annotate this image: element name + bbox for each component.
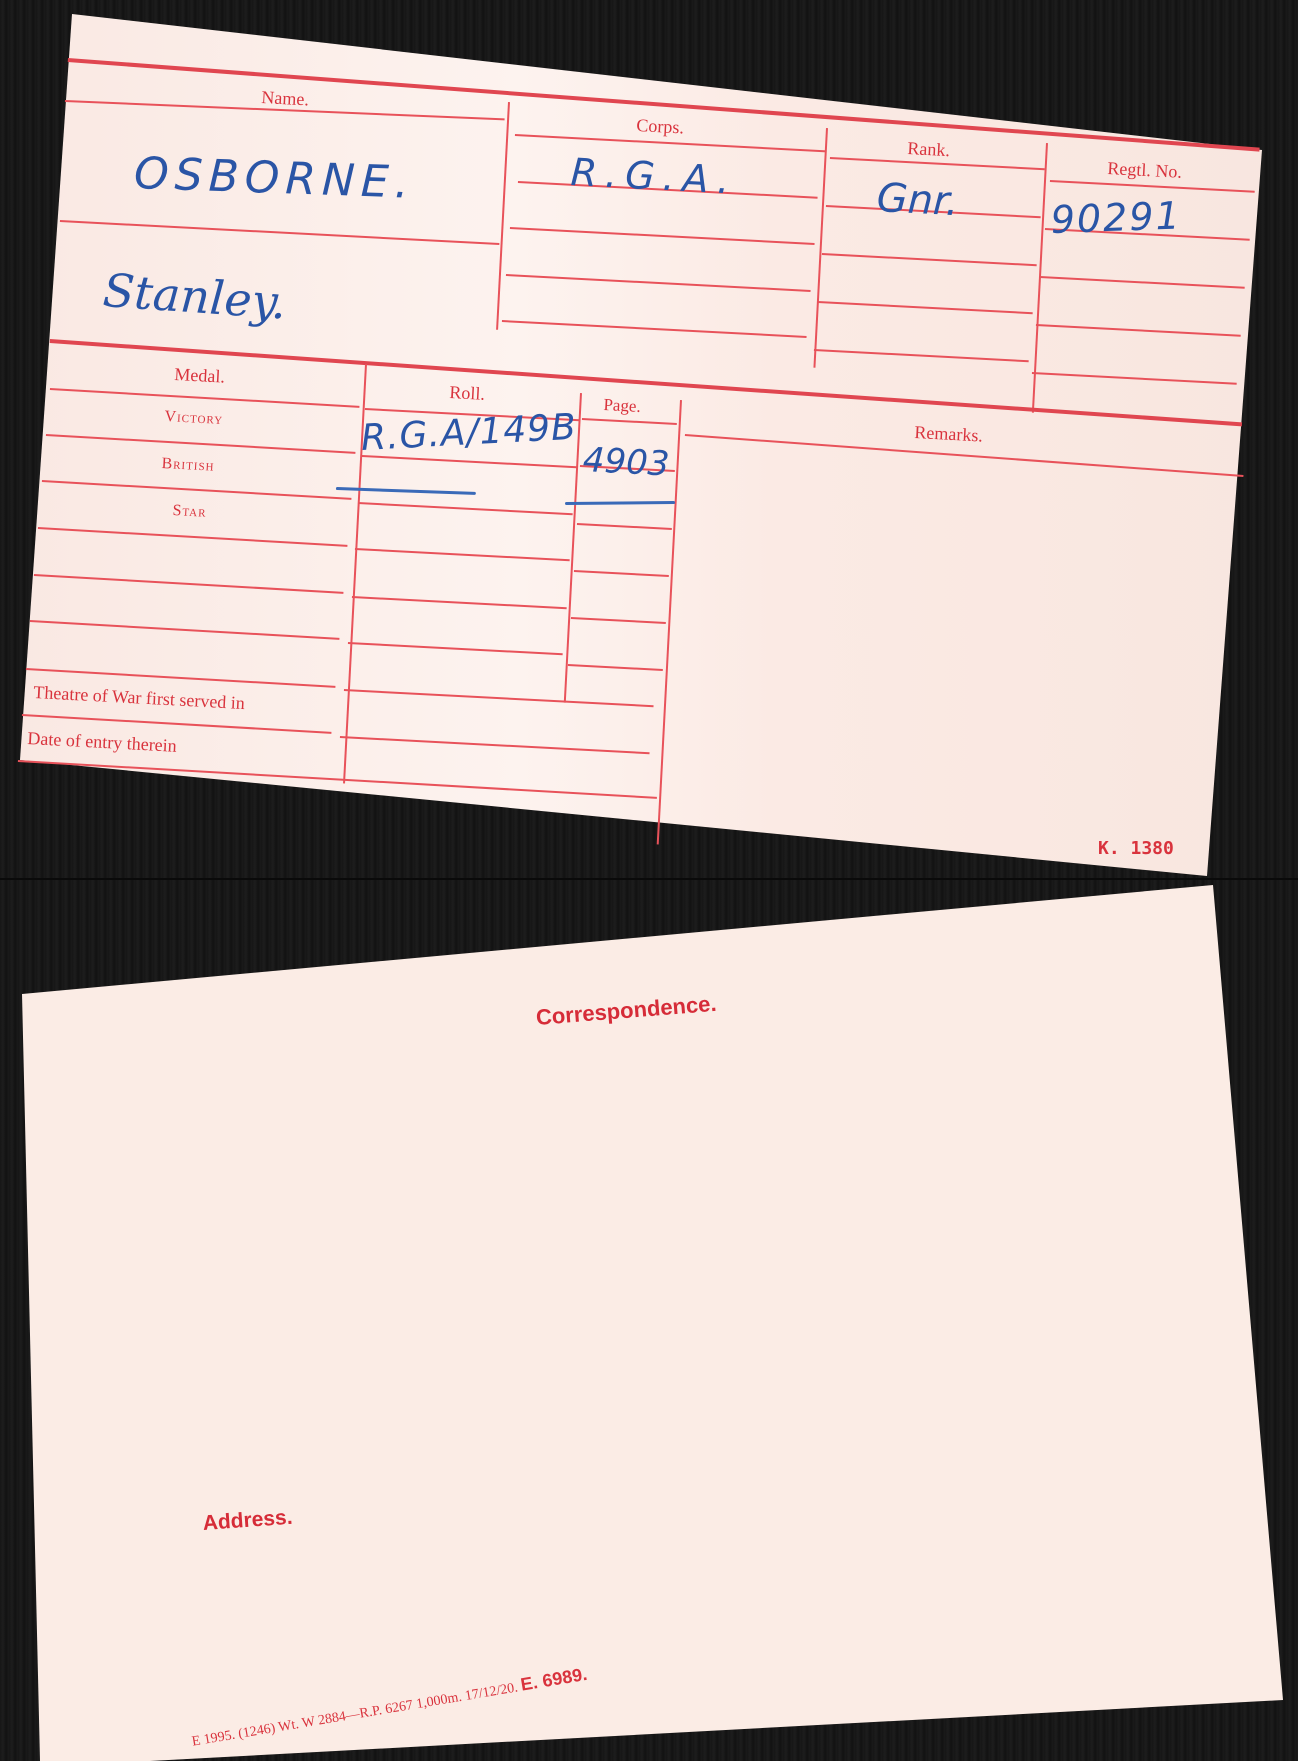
corps-entry: R.G.A. bbox=[570, 150, 739, 203]
card-front: Name. Corps. Rank. Regtl. No. OSBORNE. S… bbox=[0, 0, 1298, 878]
remarks-header: Remarks. bbox=[914, 422, 983, 447]
regtl-no-header: Regtl. No. bbox=[1107, 158, 1182, 183]
rank-entry: Gnr. bbox=[876, 175, 960, 225]
page-entry: 4903 bbox=[582, 440, 671, 484]
form-number: K. 1380 bbox=[1098, 838, 1174, 859]
name-header: Name. bbox=[261, 87, 310, 110]
medal-victory: Victory bbox=[164, 408, 224, 429]
scan-divider bbox=[0, 878, 1298, 880]
surname-entry: OSBORNE. bbox=[133, 148, 415, 209]
corps-header: Corps. bbox=[636, 115, 685, 138]
regtl-no-entry: 90291 bbox=[1050, 193, 1182, 242]
roll-header: Roll. bbox=[449, 382, 486, 405]
medal-british: British bbox=[161, 455, 215, 476]
medal-star: Star bbox=[172, 502, 207, 522]
medal-header: Medal. bbox=[174, 364, 226, 388]
rank-header: Rank. bbox=[907, 138, 951, 161]
page-header: Page. bbox=[603, 395, 641, 417]
